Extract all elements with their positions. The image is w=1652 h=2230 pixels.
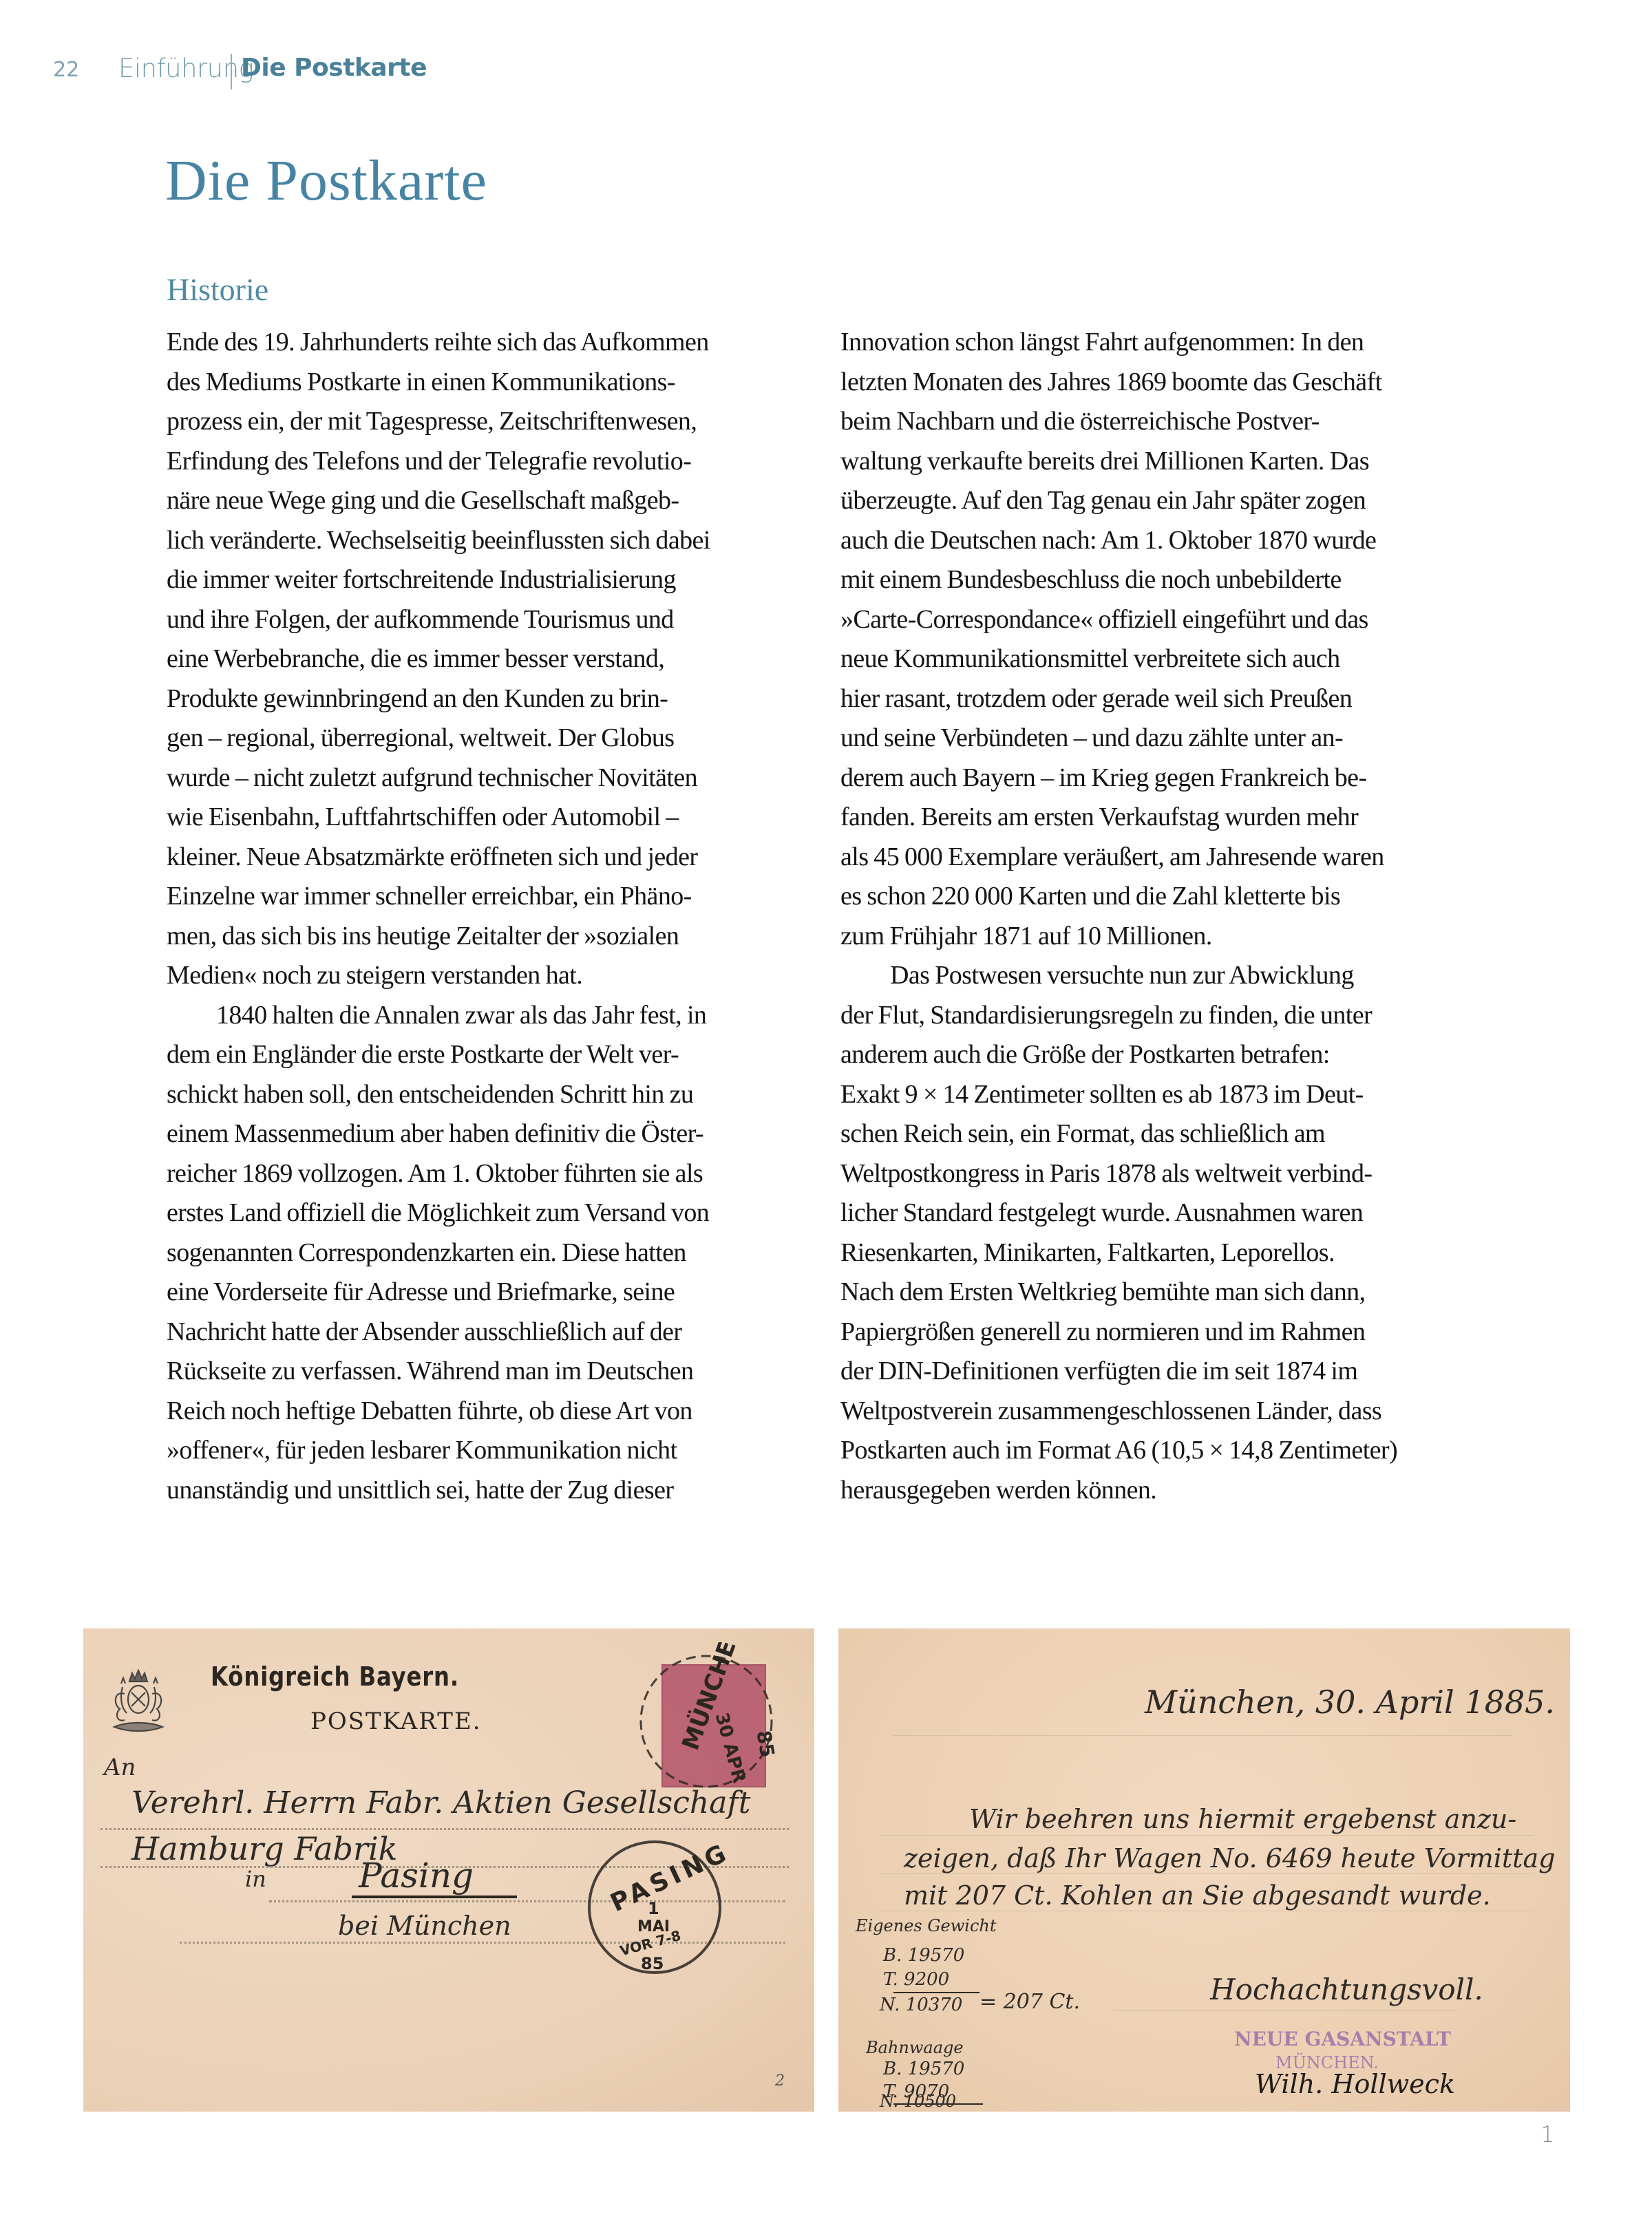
closing: Hochachtungsvoll. [1210,1973,1483,2006]
text-line: es schon 220 000 Karten und die Zahl kle… [840,877,1494,917]
coat-of-arms-icon [100,1666,176,1735]
text-line: Exakt 9 × 14 Zentimeter sollten es ab 18… [840,1075,1494,1115]
figure-number: 1 [1540,2121,1554,2147]
text-line: neue Kommunikationsmittel verbreitete si… [840,639,1494,679]
text-line: Postkarten auch im Format A6 (10,5 × 14,… [840,1431,1494,1471]
body-column-left: Ende des 19. Jahrhunderts reihte sich da… [167,323,820,1510]
section-heading: Historie [167,271,268,308]
text-line: Reich noch heftige Debatten führte, ob d… [167,1392,820,1432]
text-line: »Carte-Correspondance« offiziell eingefü… [840,600,1494,640]
text-line: fanden. Bereits am ersten Verkaufstag wu… [840,798,1494,838]
text-line: zum Frühjahr 1871 auf 10 Millionen. [840,917,1494,957]
text-line: »offener«, für jeden lesbarer Kommunikat… [167,1431,820,1471]
text-line: Produkte gewinnbringend an den Kunden zu… [167,679,820,719]
text-line: einem Massenmedium aber haben definitiv … [167,1114,820,1154]
text-line: Einzelne war immer schneller erreichbar,… [167,877,820,917]
ruled-line [1114,2010,1458,2011]
text-line: licher Standard festgelegt wurde. Ausnah… [840,1193,1494,1233]
text-line: Nachricht hatte der Absender ausschließl… [167,1313,820,1352]
near-city: bei München [338,1911,511,1941]
text-line: mit einem Bundesbeschluss die noch unbeb… [840,560,1494,600]
calc-label: Bahnwaage [866,2038,964,2057]
text-line: men, das sich bis ins heutige Zeitalter … [167,917,820,957]
text-line: dem ein Engländer die erste Postkarte de… [167,1035,820,1075]
text-line: Weltpostkongress in Paris 1878 als weltw… [840,1154,1494,1194]
svg-text:85: 85 [752,1729,779,1759]
postcard-back-image: München, 30. April 1885. Wir beehren uns… [838,1628,1570,2112]
svg-text:30 APR: 30 APR [711,1710,750,1785]
calc-label: Eigenes Gewicht [856,1916,997,1935]
address-line-1: Verehrl. Herrn Fabr. Aktien Gesellschaft [131,1785,750,1820]
calc-value: N. 10500 [880,2092,956,2111]
text-line: als 45 000 Exemplare veräußert, am Jahre… [840,838,1494,878]
calc-value: B. 19570 [883,1945,964,1966]
postcard-front-image: Königreich Bayern. POSTKARTE. MÜNCHEN 30… [83,1628,814,2112]
address-line-2: Hamburg Fabrik [131,1830,398,1867]
text-line: Rückseite zu verfassen. Während man im D… [167,1352,820,1392]
text-line: wurde – nicht zuletzt aufgrund technisch… [167,758,820,798]
text-line: eine Vorderseite für Adresse und Briefma… [167,1273,820,1313]
text-line: letzten Monaten des Jahres 1869 boomte d… [840,363,1494,403]
text-line: Innovation schon längst Fahrt aufgenomme… [840,323,1494,363]
text-line: Papiergrößen generell zu normieren und i… [840,1313,1494,1352]
calc-value: N. 10370 [880,1995,962,2015]
text-line: unanständig und unsittlich sei, hatte de… [167,1471,820,1511]
text-line: überzeugte. Auf den Tag genau ein Jahr s… [840,481,1494,521]
text-line: kleiner. Neue Absatzmärkte eröffneten si… [167,838,820,878]
text-line: erstes Land offiziell die Möglichkeit zu… [167,1193,820,1233]
ruled-line [880,1835,1534,1836]
city-underline [352,1895,517,1898]
text-line: der Flut, Standardisierungsregeln zu fin… [840,996,1494,1036]
text-line: Erfindung des Telefons und der Telegrafi… [167,442,820,482]
text-line: Ende des 19. Jahrhunderts reihte sich da… [167,323,820,363]
svg-text:1: 1 [648,1899,659,1918]
text-line: beim Nachbarn und die österreichische Po… [840,402,1494,442]
page-number: 22 [53,58,79,82]
card-to-label: An [104,1754,136,1781]
card-label: POSTKARTE. [310,1708,482,1735]
text-line: anderem auch die Größe der Postkarten be… [840,1035,1494,1075]
text-line: sogenannten Correspondenzkarten ein. Die… [167,1233,820,1273]
text-line: und seine Verbündeten – und dazu zählte … [840,719,1494,758]
text-line: lich veränderte. Wechselseitig beeinflus… [167,521,820,561]
calc-rule [893,1992,979,1993]
running-head-section: Einführung [118,54,253,83]
text-line: schen Reich sein, ein Format, das schlie… [840,1114,1494,1154]
running-head-chapter: Die Postkarte [241,54,427,82]
text-line: Medien« noch zu steigern verstanden hat. [167,956,820,996]
corner-mark: 2 [775,2072,785,2090]
text-line: Das Postwesen versuchte nun zur Abwicklu… [840,956,1494,996]
calc-value: T. 9200 [883,1969,949,1990]
text-line: herausgegeben werden können. [840,1471,1494,1511]
text-line: und ihre Folgen, der aufkommende Tourism… [167,600,820,640]
body-column-right: Innovation schon längst Fahrt aufgenomme… [840,323,1494,1510]
text-line: des Mediums Postkarte in einen Kommunika… [167,363,820,403]
running-head-separator [231,54,232,89]
text-line: derem auch Bayern – im Krieg gegen Frank… [840,758,1494,798]
text-line: schickt haben soll, den entscheidenden S… [167,1075,820,1115]
postmark-pasing-icon: PASING 1 MAI VOR 7-8 85 [579,1828,730,1986]
ruled-line [893,1735,1513,1736]
company-stamp-line1: NEUE GASANSTALT [1234,2028,1451,2050]
destination-city: Pasing [359,1856,474,1895]
message-line: zeigen, daß Ihr Wagen No. 6469 heute Vor… [904,1843,1555,1873]
text-line: wie Eisenbahn, Luftfahrtschiffen oder Au… [167,798,820,838]
text-line: Weltpostverein zusammengeschlossenen Län… [840,1392,1494,1432]
in-label: in [245,1866,266,1892]
calc-value: B. 19570 [883,2059,964,2079]
text-line: näre neue Wege ging und die Gesellschaft… [167,481,820,521]
text-line: gen – regional, überregional, weltweit. … [167,719,820,758]
message-line: Wir beehren uns hiermit ergebenst anzu- [969,1804,1516,1834]
text-line: Nach dem Ersten Weltkrieg bemühte man si… [840,1273,1494,1313]
text-line: prozess ein, der mit Tagespresse, Zeitsc… [167,402,820,442]
card-header: Königreich Bayern. [211,1661,459,1692]
dateline: München, 30. April 1885. [1145,1684,1555,1721]
svg-text:85: 85 [641,1954,664,1973]
text-line: der DIN-Definitionen verfügten die im se… [840,1352,1494,1392]
text-line: hier rasant, trotzdem oder gerade weil s… [840,679,1494,719]
signature: Wilh. Hollweck [1255,2069,1455,2099]
text-line: Riesenkarten, Minikarten, Faltkarten, Le… [840,1233,1494,1273]
ruled-line [880,1873,1534,1874]
text-line: waltung verkaufte bereits drei Millionen… [840,442,1494,482]
page-title: Die Postkarte [165,147,487,214]
text-line: eine Werbebranche, die es immer besser v… [167,639,820,679]
text-line: auch die Deutschen nach: Am 1. Oktober 1… [840,521,1494,561]
calc-result: = 207 Ct. [979,1990,1080,2014]
text-line: die immer weiter fortschreitende Industr… [167,560,820,600]
text-line: reicher 1869 vollzogen. Am 1. Oktober fü… [167,1154,820,1194]
text-line: 1840 halten die Annalen zwar als das Jah… [167,996,820,1036]
message-line: mit 207 Ct. Kohlen an Sie abgesandt wurd… [904,1880,1491,1911]
postmark-munich-icon: MÜNCHEN 30 APR 85 [627,1642,785,1801]
ruled-line [880,1911,1534,1911]
